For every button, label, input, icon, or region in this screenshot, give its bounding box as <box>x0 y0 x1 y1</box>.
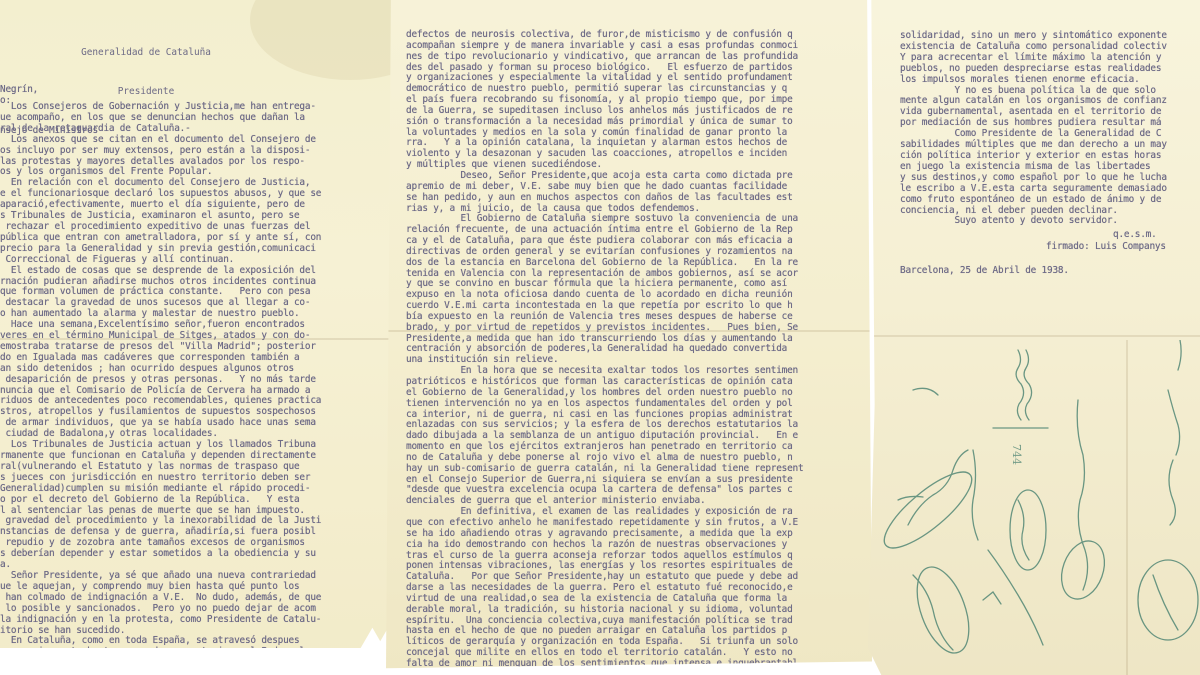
text-line: os incluyo por ser muy extensos, pero es… <box>0 146 321 157</box>
text-line: dos de la estancia en Barcelona del Gobi… <box>406 258 803 269</box>
text-line: pueblos, no pueden despreciarse estas re… <box>900 64 1167 75</box>
text-line: derable moral, la tradición, su historia… <box>406 605 803 616</box>
text-line: o por el decreto del Gobierno de la Repú… <box>0 495 321 506</box>
text-line: Generalidad)cumplen su misión mediante e… <box>0 484 321 495</box>
text-line: desaparición de presos y otras personas.… <box>0 375 321 386</box>
letter-page-3: solidaridad, sino un mero y sintomático … <box>868 0 1200 675</box>
text-line: cia ha ido demostrando con hechos la raz… <box>406 540 803 551</box>
text-line: los impulsos morales tienen enorme efica… <box>900 75 1167 86</box>
text-line: Los anexos que se citan en el documento … <box>0 135 321 146</box>
text-line: y sucesivamente hasta que pudo reconstru… <box>0 647 321 658</box>
text-line: se han pedido, y aun en muchos aspectos … <box>406 193 803 204</box>
page-2-body: defectos de neurosis colectiva, de furor… <box>406 30 803 670</box>
signature: firmado: Luis Companys <box>1046 240 1166 254</box>
text-line: le escribo a V.E.esta carta seguramente … <box>900 184 1167 195</box>
text-line: s deberían depender y estar sometidos a … <box>0 549 321 560</box>
addressee-line: Negrín, <box>0 83 98 97</box>
page-3-body: solidaridad, sino un mero y sintomático … <box>900 31 1167 227</box>
letter-page-1: Generalidad de Cataluña Presidente Negrí… <box>0 0 392 675</box>
handwritten-annotations: 744 <box>868 340 1200 675</box>
text-line: falta de amor ni menguan de los sentimie… <box>406 659 803 670</box>
text-line: Correccional de Figueras y allí continua… <box>0 255 321 266</box>
letter-page-2: defectos de neurosis colectiva, de furor… <box>386 0 872 675</box>
text-line: la indignación y en la protesta, como Pr… <box>0 615 321 626</box>
text-line: brado, y por virtud de repetidos y previ… <box>406 323 803 334</box>
fold-crease <box>868 335 1200 337</box>
text-line: Suyo atento y devoto servidor. <box>900 216 1167 227</box>
text-line: sión o transformación a la necesidad más… <box>406 117 803 128</box>
text-line: lo posible y sancionados. Pero yo no pue… <box>0 604 321 615</box>
text-line: El estado de cosas que se desprende de l… <box>0 266 321 277</box>
page-1-body: Los Consejeros de Gobernación y Justicia… <box>0 102 321 658</box>
text-line: tienen intervención no ya en los aspecto… <box>406 399 803 410</box>
text-line: nes de tipo revolucionario y vindicativo… <box>406 52 803 63</box>
paper-stain <box>250 0 392 80</box>
handwritten-number: 744 <box>1010 444 1023 465</box>
text-line: como fruto espontáneo de un estado de án… <box>900 195 1167 206</box>
place-date: Barcelona, 25 de Abril de 1938. <box>900 264 1069 278</box>
text-line: hay un sub-comisario de guerra catalán, … <box>406 464 803 475</box>
